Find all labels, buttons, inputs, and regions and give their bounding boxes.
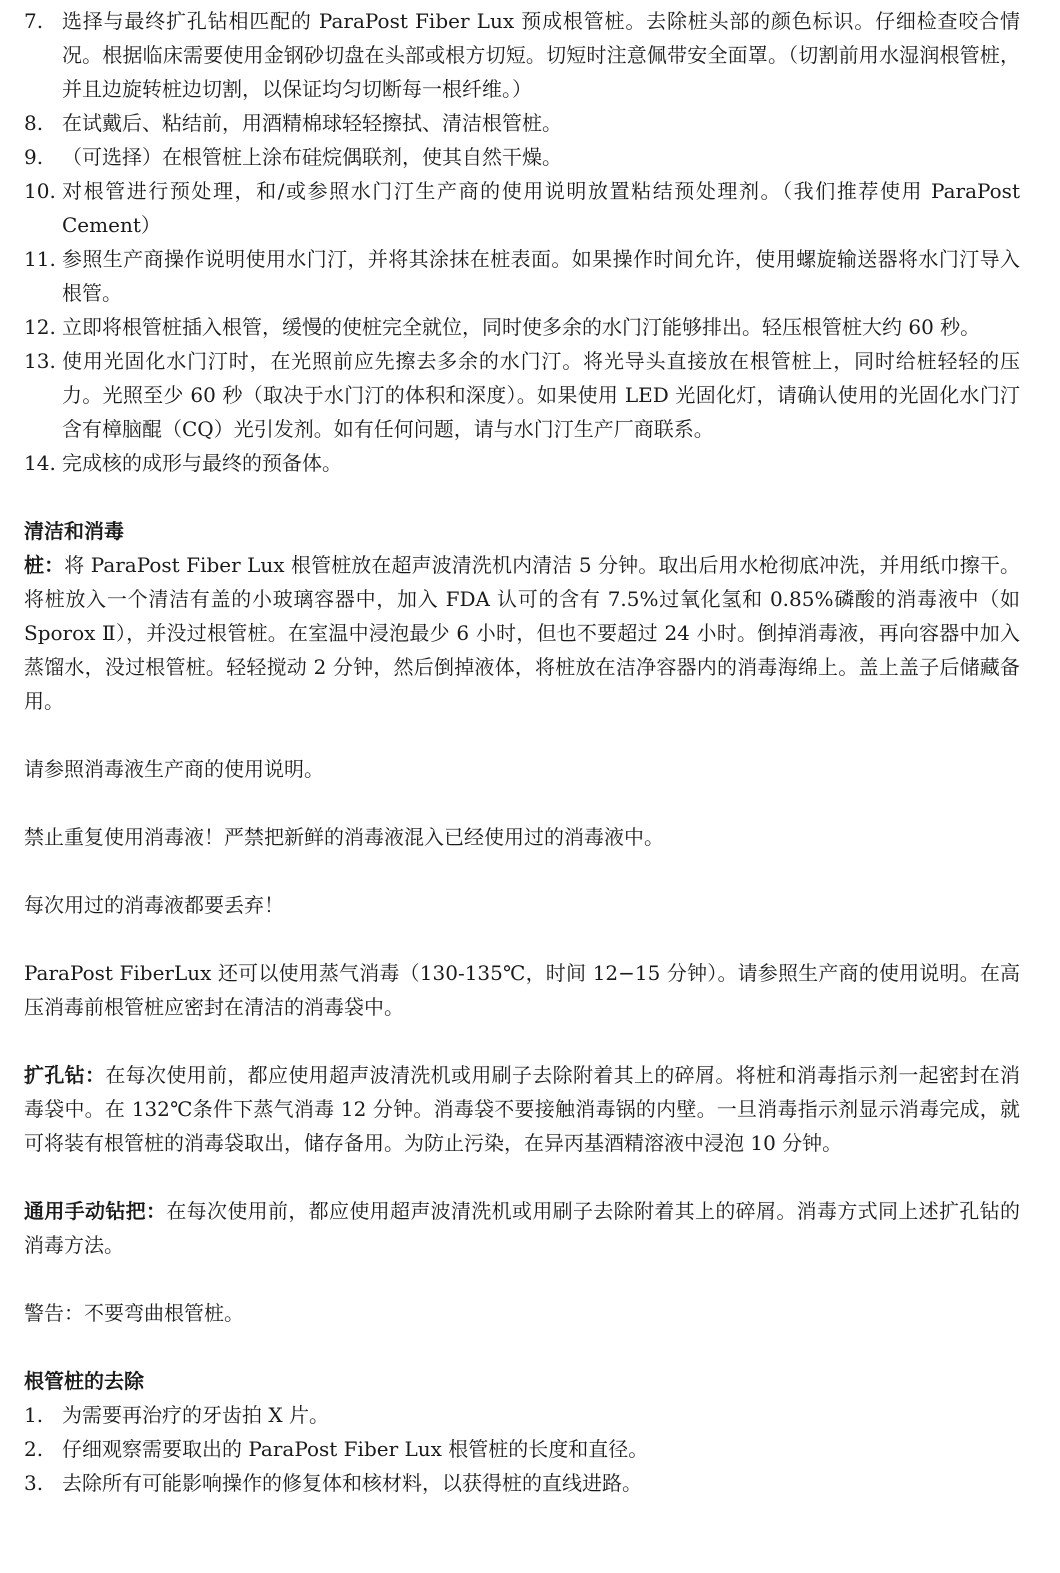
section-heading-cleaning: 清洁和消毒 <box>24 514 1020 548</box>
list-item: 14.完成核的成形与最终的预备体。 <box>24 446 1020 480</box>
spacer <box>24 480 1020 514</box>
handle-paragraph: 通用手动钻把：在每次使用前，都应使用超声波清洗机或用刷子去除附着其上的碎屑。消毒… <box>24 1194 1020 1262</box>
spacer <box>24 922 1020 956</box>
list-item: 8.在试戴后、粘结前，用酒精棉球轻轻擦拭、清洁根管桩。 <box>24 106 1020 140</box>
handle-label: 通用手动钻把： <box>24 1199 166 1223</box>
spacer <box>24 786 1020 820</box>
spacer <box>24 1160 1020 1194</box>
list-item: 9.（可选择）在根管桩上涂布硅烷偶联剂，使其自然干燥。 <box>24 140 1020 174</box>
list-item: 3.去除所有可能影响操作的修复体和核材料，以获得桩的直线进路。 <box>24 1466 1020 1500</box>
section-heading-removal: 根管桩的去除 <box>24 1364 1020 1398</box>
list-item: 7.选择与最终扩孔钻相匹配的 ParaPost Fiber Lux 预成根管桩。… <box>24 4 1020 106</box>
list-item: 13.使用光固化水门汀时，在光照前应先擦去多余的水门汀。将光导头直接放在根管桩上… <box>24 344 1020 446</box>
spacer <box>24 1024 1020 1058</box>
list-item: 2.仔细观察需要取出的 ParaPost Fiber Lux 根管桩的长度和直径… <box>24 1432 1020 1466</box>
list-item: 10.对根管进行预处理，和/或参照水门汀生产商的使用说明放置粘结预处理剂。（我们… <box>24 174 1020 242</box>
spacer <box>24 1262 1020 1296</box>
refer-note: 请参照消毒液生产商的使用说明。 <box>24 752 1020 786</box>
warning-note: 警告：不要弯曲根管桩。 <box>24 1296 1020 1330</box>
steam-paragraph: ParaPost FiberLux 还可以使用蒸气消毒（130-135℃，时间 … <box>24 956 1020 1024</box>
spacer <box>24 854 1020 888</box>
discard-note: 每次用过的消毒液都要丢弃！ <box>24 888 1020 922</box>
drill-label: 扩孔钻： <box>24 1063 105 1087</box>
list-item: 1.为需要再治疗的牙齿拍 X 片。 <box>24 1398 1020 1432</box>
steps-list: 7.选择与最终扩孔钻相匹配的 ParaPost Fiber Lux 预成根管桩。… <box>24 4 1020 480</box>
post-cleaning-paragraph: 桩：将 ParaPost Fiber Lux 根管桩放在超声波清洗机内清洁 5 … <box>24 548 1020 718</box>
document-page: 7.选择与最终扩孔钻相匹配的 ParaPost Fiber Lux 预成根管桩。… <box>0 0 1060 1500</box>
no-reuse-note: 禁止重复使用消毒液！严禁把新鲜的消毒液混入已经使用过的消毒液中。 <box>24 820 1020 854</box>
list-item: 12.立即将根管桩插入根管，缓慢的使桩完全就位，同时使多余的水门汀能够排出。轻压… <box>24 310 1020 344</box>
list-item: 11.参照生产商操作说明使用水门汀，并将其涂抹在桩表面。如果操作时间允许，使用螺… <box>24 242 1020 310</box>
post-label: 桩： <box>24 553 64 577</box>
spacer <box>24 718 1020 752</box>
removal-steps-list: 1.为需要再治疗的牙齿拍 X 片。 2.仔细观察需要取出的 ParaPost F… <box>24 1398 1020 1500</box>
spacer <box>24 1330 1020 1364</box>
drill-paragraph: 扩孔钻：在每次使用前，都应使用超声波清洗机或用刷子去除附着其上的碎屑。将桩和消毒… <box>24 1058 1020 1160</box>
